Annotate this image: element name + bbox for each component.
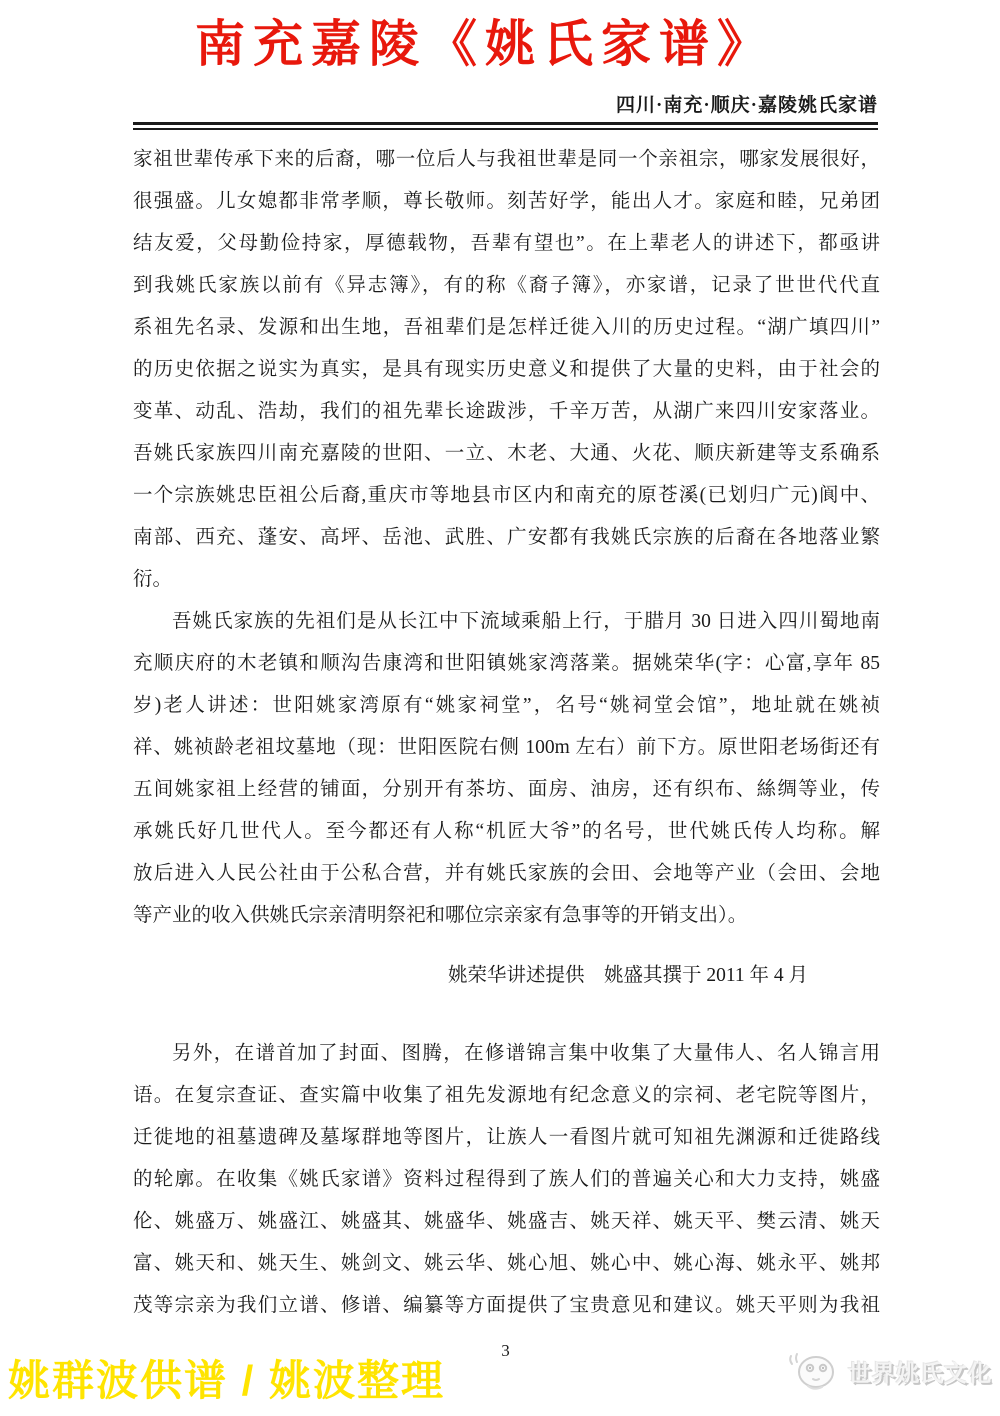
watermark-text: 世界姚氏文化: [848, 1355, 992, 1388]
paragraph-1: 家祖世辈传承下来的后裔，哪一位后人与我祖世辈是同一个亲祖宗，哪家发展很好，很强盛…: [133, 139, 880, 601]
text-line: 承姚氏好几世代人。至今都还有人称“机匠大爷”的名号，世代姚氏传人均称。解: [133, 811, 880, 853]
text-line: 家祖世辈传承下来的后裔，哪一位后人与我祖世辈是同一个亲祖宗，哪家发展很好，: [133, 139, 880, 181]
text-line: 另外，在谱首加了封面、图腾，在修谱锦言集中收集了大量伟人、名人锦言用: [133, 1033, 880, 1075]
text-line: 结友爱，父母勤俭持家，厚德载物，吾辈有望也”。在上辈老人的讲述下，都亟讲: [133, 223, 880, 265]
text-line: 变革、动乱、浩劫，我们的祖先辈长途跋涉，千辛万苦，从湖广来四川安家落业。: [133, 391, 880, 433]
text-line: 等产业的收入供姚氏宗亲清明祭祀和哪位宗亲家有急事等的开销支出）。: [133, 895, 880, 937]
text-line: 迁徙地的祖墓遗碑及墓塚群地等图片，让族人一看图片就可知祖先渊源和迁徙路线: [133, 1117, 880, 1159]
text-line: 茂等宗亲为我们立谱、修谱、编纂等方面提供了宝贵意见和建议。姚天平则为我祖: [133, 1285, 880, 1327]
text-line: 语。在复宗查证、查实篇中收集了祖先发源地有纪念意义的宗祠、老宅院等图片，: [133, 1075, 880, 1117]
footer-credit: 姚群波供谱 / 姚波整理: [8, 1348, 445, 1408]
text-line: 岁)老人讲述：世阳姚家湾原有“姚家祠堂”，名号“姚祠堂会馆”，地址就在姚祯: [133, 685, 880, 727]
text-line: 系祖先名录、发源和出生地，吾祖辈们是怎样迁徙入川的历史过程。“湖广填四川”: [133, 307, 880, 349]
document-body: 家祖世辈传承下来的后裔，哪一位后人与我祖世辈是同一个亲祖宗，哪家发展很好，很强盛…: [133, 139, 880, 1327]
text-line: 五间姚家祖上经营的铺面，分别开有茶坊、面房、油房，还有织布、絲绸等业，传: [133, 769, 880, 811]
paragraph-2: 吾姚氏家族的先祖们是从长江中下流域乘船上行，于腊月 30 日进入四川蜀地南充顺庆…: [133, 601, 880, 937]
text-line: 吾姚氏家族四川南充嘉陵的世阳、一立、木老、大通、火花、顺庆新建等支系确系: [133, 433, 880, 475]
text-line: 伦、姚盛万、姚盛江、姚盛其、姚盛华、姚盛吉、姚天祥、姚天平、樊云清、姚天: [133, 1201, 880, 1243]
text-line: 放后进入人民公社由于公私合营，并有姚氏家族的会田、会地等产业（会田、会地: [133, 853, 880, 895]
text-line: 到我姚氏家族以前有《异志簿》，有的称《裔子簿》，亦家谱，记录了世世代代直: [133, 265, 880, 307]
text-line: 一个宗族姚忠臣祖公后裔,重庆市等地县市区内和南充的原苍溪(已划归广元)阆中、: [133, 475, 880, 517]
text-line: 吾姚氏家族的先祖们是从长江中下流域乘船上行，于腊月 30 日进入四川蜀地南: [133, 601, 880, 643]
page-title: 南充嘉陵《姚氏家谱》: [0, 4, 970, 76]
text-line: 衍。: [133, 559, 880, 601]
text-line: 祥、姚祯龄老祖坟墓地（现：世阳医院右侧 100m 左右）前下方。原世阳老场街还有: [133, 727, 880, 769]
watermark: 世界姚氏文化: [788, 1350, 992, 1392]
text-line: 很强盛。儿女媳都非常孝顺，尊长敬师。刻苦好学，能出人才。家庭和睦，兄弟团: [133, 181, 880, 223]
text-line: 充顺庆府的木老镇和顺沟告康湾和世阳镇姚家湾落業。据姚荣华(字：心富,享年 85: [133, 643, 880, 685]
document-page: 南充嘉陵《姚氏家谱》 四川·南充·顺庆·嘉陵姚氏家谱 家祖世辈传承下来的后裔，哪…: [0, 0, 1000, 1416]
attribution-line: 姚荣华讲述提供 姚盛其撰于 2011 年 4 月: [133, 955, 880, 997]
text-line: 富、姚天和、姚天生、姚剑文、姚云华、姚心旭、姚心中、姚心海、姚永平、姚邦: [133, 1243, 880, 1285]
header-double-rule: [133, 122, 878, 130]
paragraph-3: 另外，在谱首加了封面、图腾，在修谱锦言集中收集了大量伟人、名人锦言用语。在复宗查…: [133, 1033, 880, 1327]
mascot-face-icon: [788, 1350, 840, 1392]
text-line: 的轮廓。在收集《姚氏家谱》资料过程得到了族人们的普遍关心和大力支持，姚盛: [133, 1159, 880, 1201]
header-subtitle: 四川·南充·顺庆·嘉陵姚氏家谱: [0, 90, 878, 117]
text-line: 南部、西充、蓬安、高坪、岳池、武胜、广安都有我姚氏宗族的后裔在各地落业繁: [133, 517, 880, 559]
text-line: 的历史依据之说实为真实，是具有现实历史意义和提供了大量的史料，由于社会的: [133, 349, 880, 391]
